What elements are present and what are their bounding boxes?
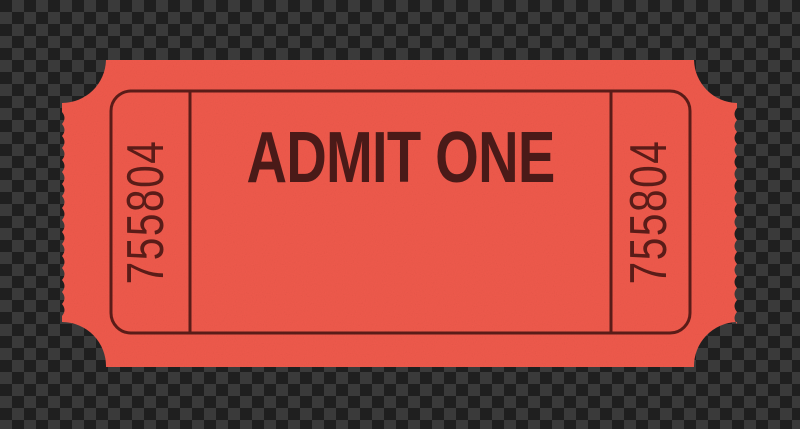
admit-one-headline: ADMIT ONE	[236, 118, 564, 198]
serial-number-left: 755804	[124, 141, 168, 283]
serial-number-right: 755804	[627, 141, 671, 283]
admit-one-ticket: ADMIT ONE 755804 755804	[0, 0, 800, 429]
